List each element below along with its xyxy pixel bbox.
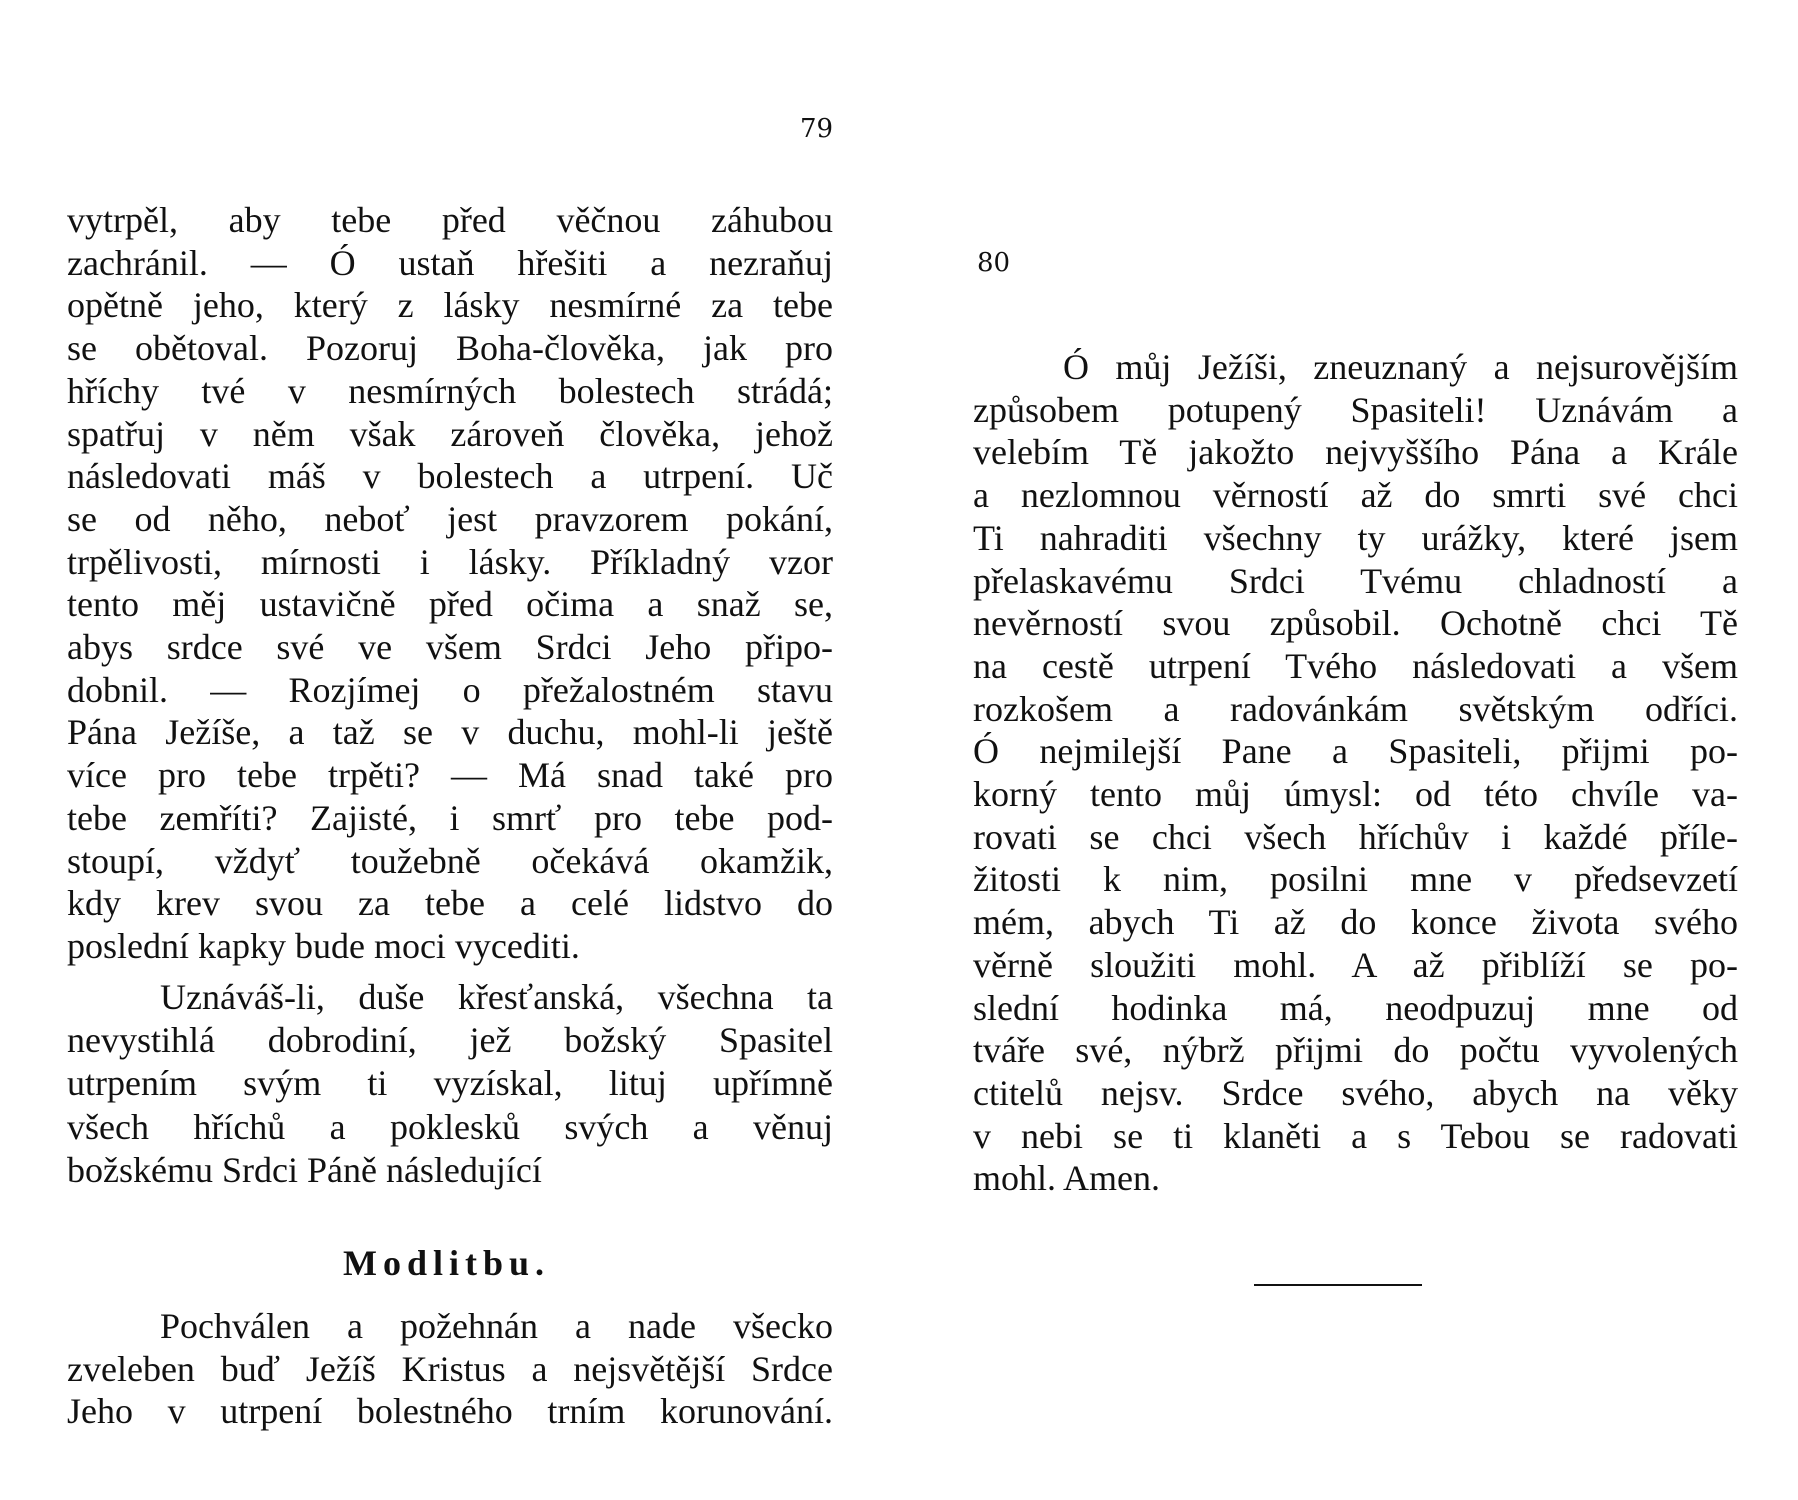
right-page: 80 Ó můj Ježíši, zneuznaný a nejsurovějš… — [899, 0, 1798, 1500]
text-line: žitosti k nim, posilni mne v předsevzetí — [973, 861, 1738, 897]
text-line: velebím Tě jakožto nejvyššího Pána a Krá… — [973, 434, 1738, 470]
text-line: Pána Ježíše, a taž se v duchu, mohl-li j… — [67, 714, 833, 750]
text-line: korný tento můj úmysl: od této chvíle va… — [973, 776, 1738, 812]
text-line: dobnil. — Rozjímej o přežalostném stavu — [67, 672, 833, 708]
text-line: slední hodinka má, neodpuzuj mne od — [973, 990, 1738, 1026]
text-line: vytrpěl, aby tebe před věčnou záhubou — [67, 202, 833, 238]
text-line: rovati se chci všech hříchův i každé pří… — [973, 819, 1738, 855]
text-line: tváře své, nýbrž přijmi do počtu vyvolen… — [973, 1032, 1738, 1068]
text-line: se od něho, neboť jest pravzorem pokání, — [67, 501, 833, 537]
text-line: a nezlomnou věrností až do smrti své chc… — [973, 477, 1738, 513]
text-line: opětně jeho, který z lásky nesmírné za t… — [67, 287, 833, 323]
text-line: tebe zemříti? Zajisté, i smrť pro tebe p… — [67, 800, 833, 836]
text-line: zveleben buď Ježíš Kristus a nejsvětější… — [67, 1351, 833, 1387]
text-line: poslední kapky bude moci vycediti. — [67, 928, 833, 964]
text-line: stoupí, vždyť toužebně očekává okamžik, — [67, 843, 833, 879]
left-page: 79 vytrpěl, aby tebe před věčnou záhubou… — [0, 0, 899, 1500]
text-line: hříchy tvé v nesmírných bolestech strádá… — [67, 373, 833, 409]
text-line: trpělivosti, mírnosti i lásky. Příkladný… — [67, 544, 833, 580]
text-line: všech hříchů a poklesků svých a věnuj — [67, 1109, 833, 1145]
page-number-left: 79 — [800, 116, 833, 142]
text-line: mém, abych Ti až do konce života svého — [973, 904, 1738, 940]
text-line: Ó nejmilejší Pane a Spasiteli, přijmi po… — [973, 733, 1738, 769]
text-line: způsobem potupený Spasiteli! Uznávám a — [973, 392, 1738, 428]
text-line: následovati máš v bolestech a utrpení. U… — [67, 458, 833, 494]
text-line: Uznáváš-li, duše křesťanská, všechna ta — [160, 979, 833, 1015]
text-line: ctitelů nejsv. Srdce svého, abych na věk… — [973, 1075, 1738, 1111]
text-line: utrpením svým ti vyzískal, lituj upřímně — [67, 1065, 833, 1101]
text-line: abys srdce své ve všem Srdci Jeho připo- — [67, 629, 833, 665]
text-line: Jeho v utrpení bolestného trním korunová… — [67, 1393, 833, 1429]
text-line: spatřuj v něm však zároveň člověka, jeho… — [67, 416, 833, 452]
text-line: zachránil. — Ó ustaň hřešiti a nezraňuj — [67, 245, 833, 281]
text-line: nevěrností svou způsobil. Ochotně chci T… — [973, 605, 1738, 641]
text-line: Ti nahraditi všechny ty urážky, které js… — [973, 520, 1738, 556]
text-line: Ó můj Ježíši, zneuznaný a nejsurovějším — [1063, 349, 1738, 385]
text-line: přelaskavému Srdci Tvému chladností a — [973, 563, 1738, 599]
text-line: věrně sloužiti mohl. A až přiblíží se po… — [973, 947, 1738, 983]
text-line: Pochválen a požehnán a nade všecko — [160, 1308, 833, 1344]
text-line: mohl. Amen. — [973, 1160, 1738, 1196]
prayer-heading: Modlitbu. — [343, 1245, 550, 1281]
text-line: rozkošem a radovánkám světským odříci. — [973, 691, 1738, 727]
text-line: božskému Srdci Páně následující — [67, 1152, 833, 1188]
text-line: v nebi se ti klaněti a s Tebou se radova… — [973, 1118, 1738, 1154]
text-line: nevystihlá dobrodiní, jež božský Spasite… — [67, 1022, 833, 1058]
page-number-right: 80 — [977, 250, 1010, 276]
text-line: kdy krev svou za tebe a celé lidstvo do — [67, 885, 833, 921]
text-line: více pro tebe trpěti? — Má snad také pro — [67, 757, 833, 793]
text-line: tento měj ustavičně před očima a snaž se… — [67, 586, 833, 622]
end-rule — [1254, 1284, 1422, 1286]
text-line: na cestě utrpení Tvého následovati a vše… — [973, 648, 1738, 684]
text-line: se obětoval. Pozoruj Boha-člověka, jak p… — [67, 330, 833, 366]
